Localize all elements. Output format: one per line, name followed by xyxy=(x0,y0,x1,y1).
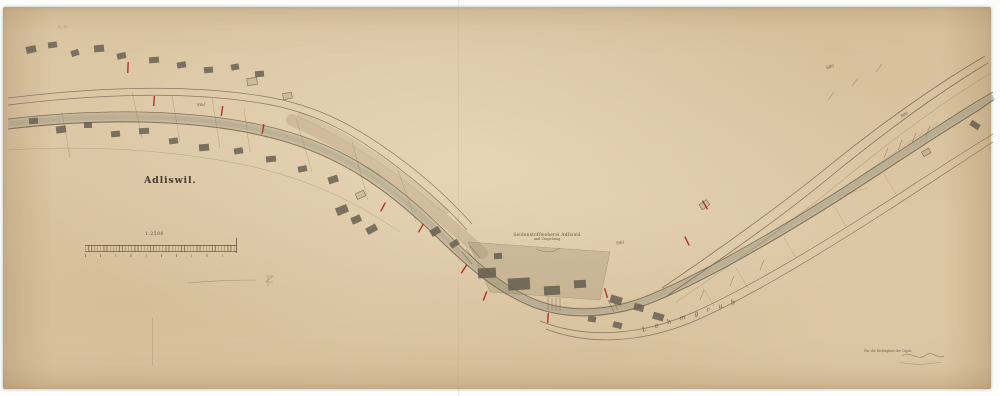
scale-bar-end-tick xyxy=(236,238,237,253)
scale-bar-graduations xyxy=(85,254,237,257)
paper-seam xyxy=(458,0,460,396)
sheet-title: Adliswil. xyxy=(144,175,196,186)
scale-bar xyxy=(85,245,237,252)
factory-caption-line2: und Umgebung xyxy=(503,237,591,241)
paper-crease xyxy=(152,318,153,366)
river-name-label-1: Sihl xyxy=(197,102,205,107)
archive-number-note: N. 15. xyxy=(58,25,69,30)
certification-line: Für die Richtigkeit der Copie: xyxy=(864,349,912,353)
scanned-map-page: Adliswil. 1:2500 Seidenstoffweberei Adli… xyxy=(0,0,1000,396)
factory-caption: Seidenstoffweberei Adliswil und Umgebung xyxy=(503,232,591,241)
scale-ratio-label: 1:2500 xyxy=(145,232,164,237)
